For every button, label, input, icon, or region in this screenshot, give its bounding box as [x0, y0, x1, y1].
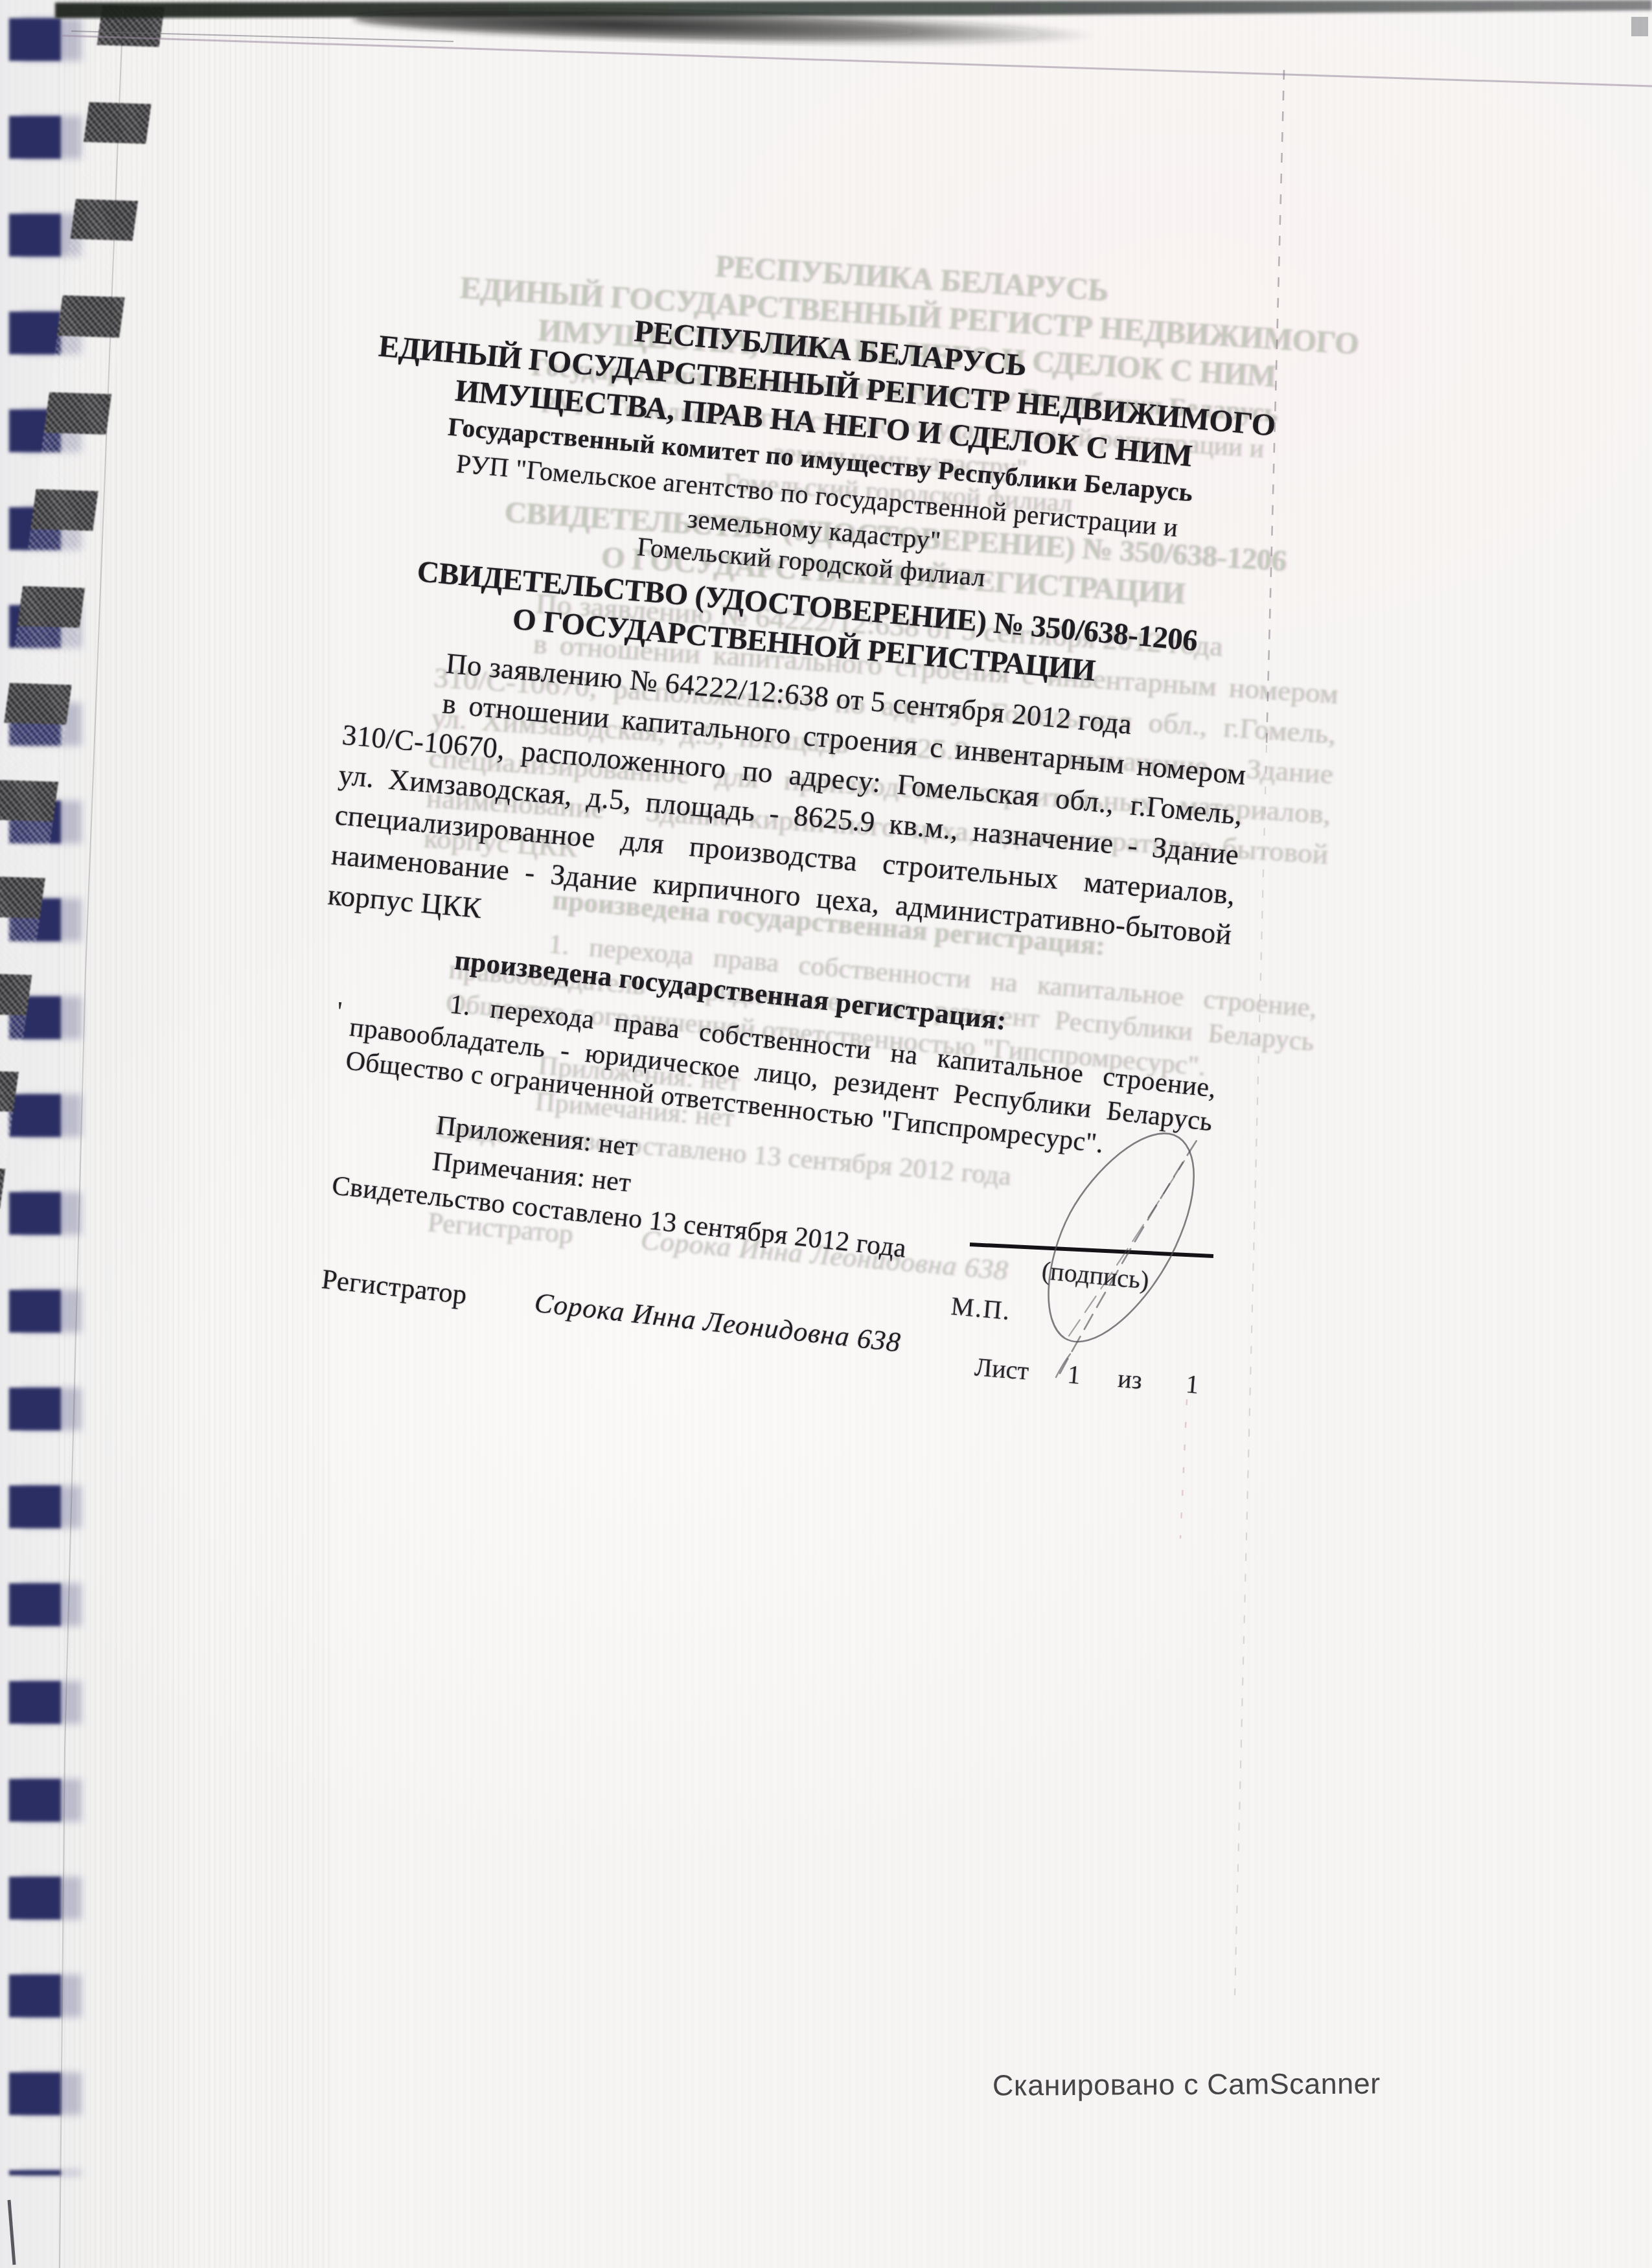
- scanned-certificate-page: РЕСПУБЛИКА БЕЛАРУСЬ ЕДИНЫЙ ГОСУДАРСТВЕНН…: [0, 0, 1652, 2268]
- sheet-of-label: из: [1117, 1364, 1143, 1395]
- stamp-label: М.П.: [950, 1290, 1012, 1326]
- sheet-label: Лист: [974, 1352, 1030, 1386]
- certificate-text: РЕСПУБЛИКА БЕЛАРУСЬ ЕДИНЫЙ ГОСУДАРСТВЕНН…: [292, 214, 1289, 1377]
- binding-blue-blocks: [9, 18, 61, 2175]
- sheet-total: 1: [1185, 1369, 1200, 1399]
- sheet-number: 1: [1066, 1360, 1082, 1390]
- camscanner-watermark: Сканировано с CamScanner: [992, 2067, 1381, 2102]
